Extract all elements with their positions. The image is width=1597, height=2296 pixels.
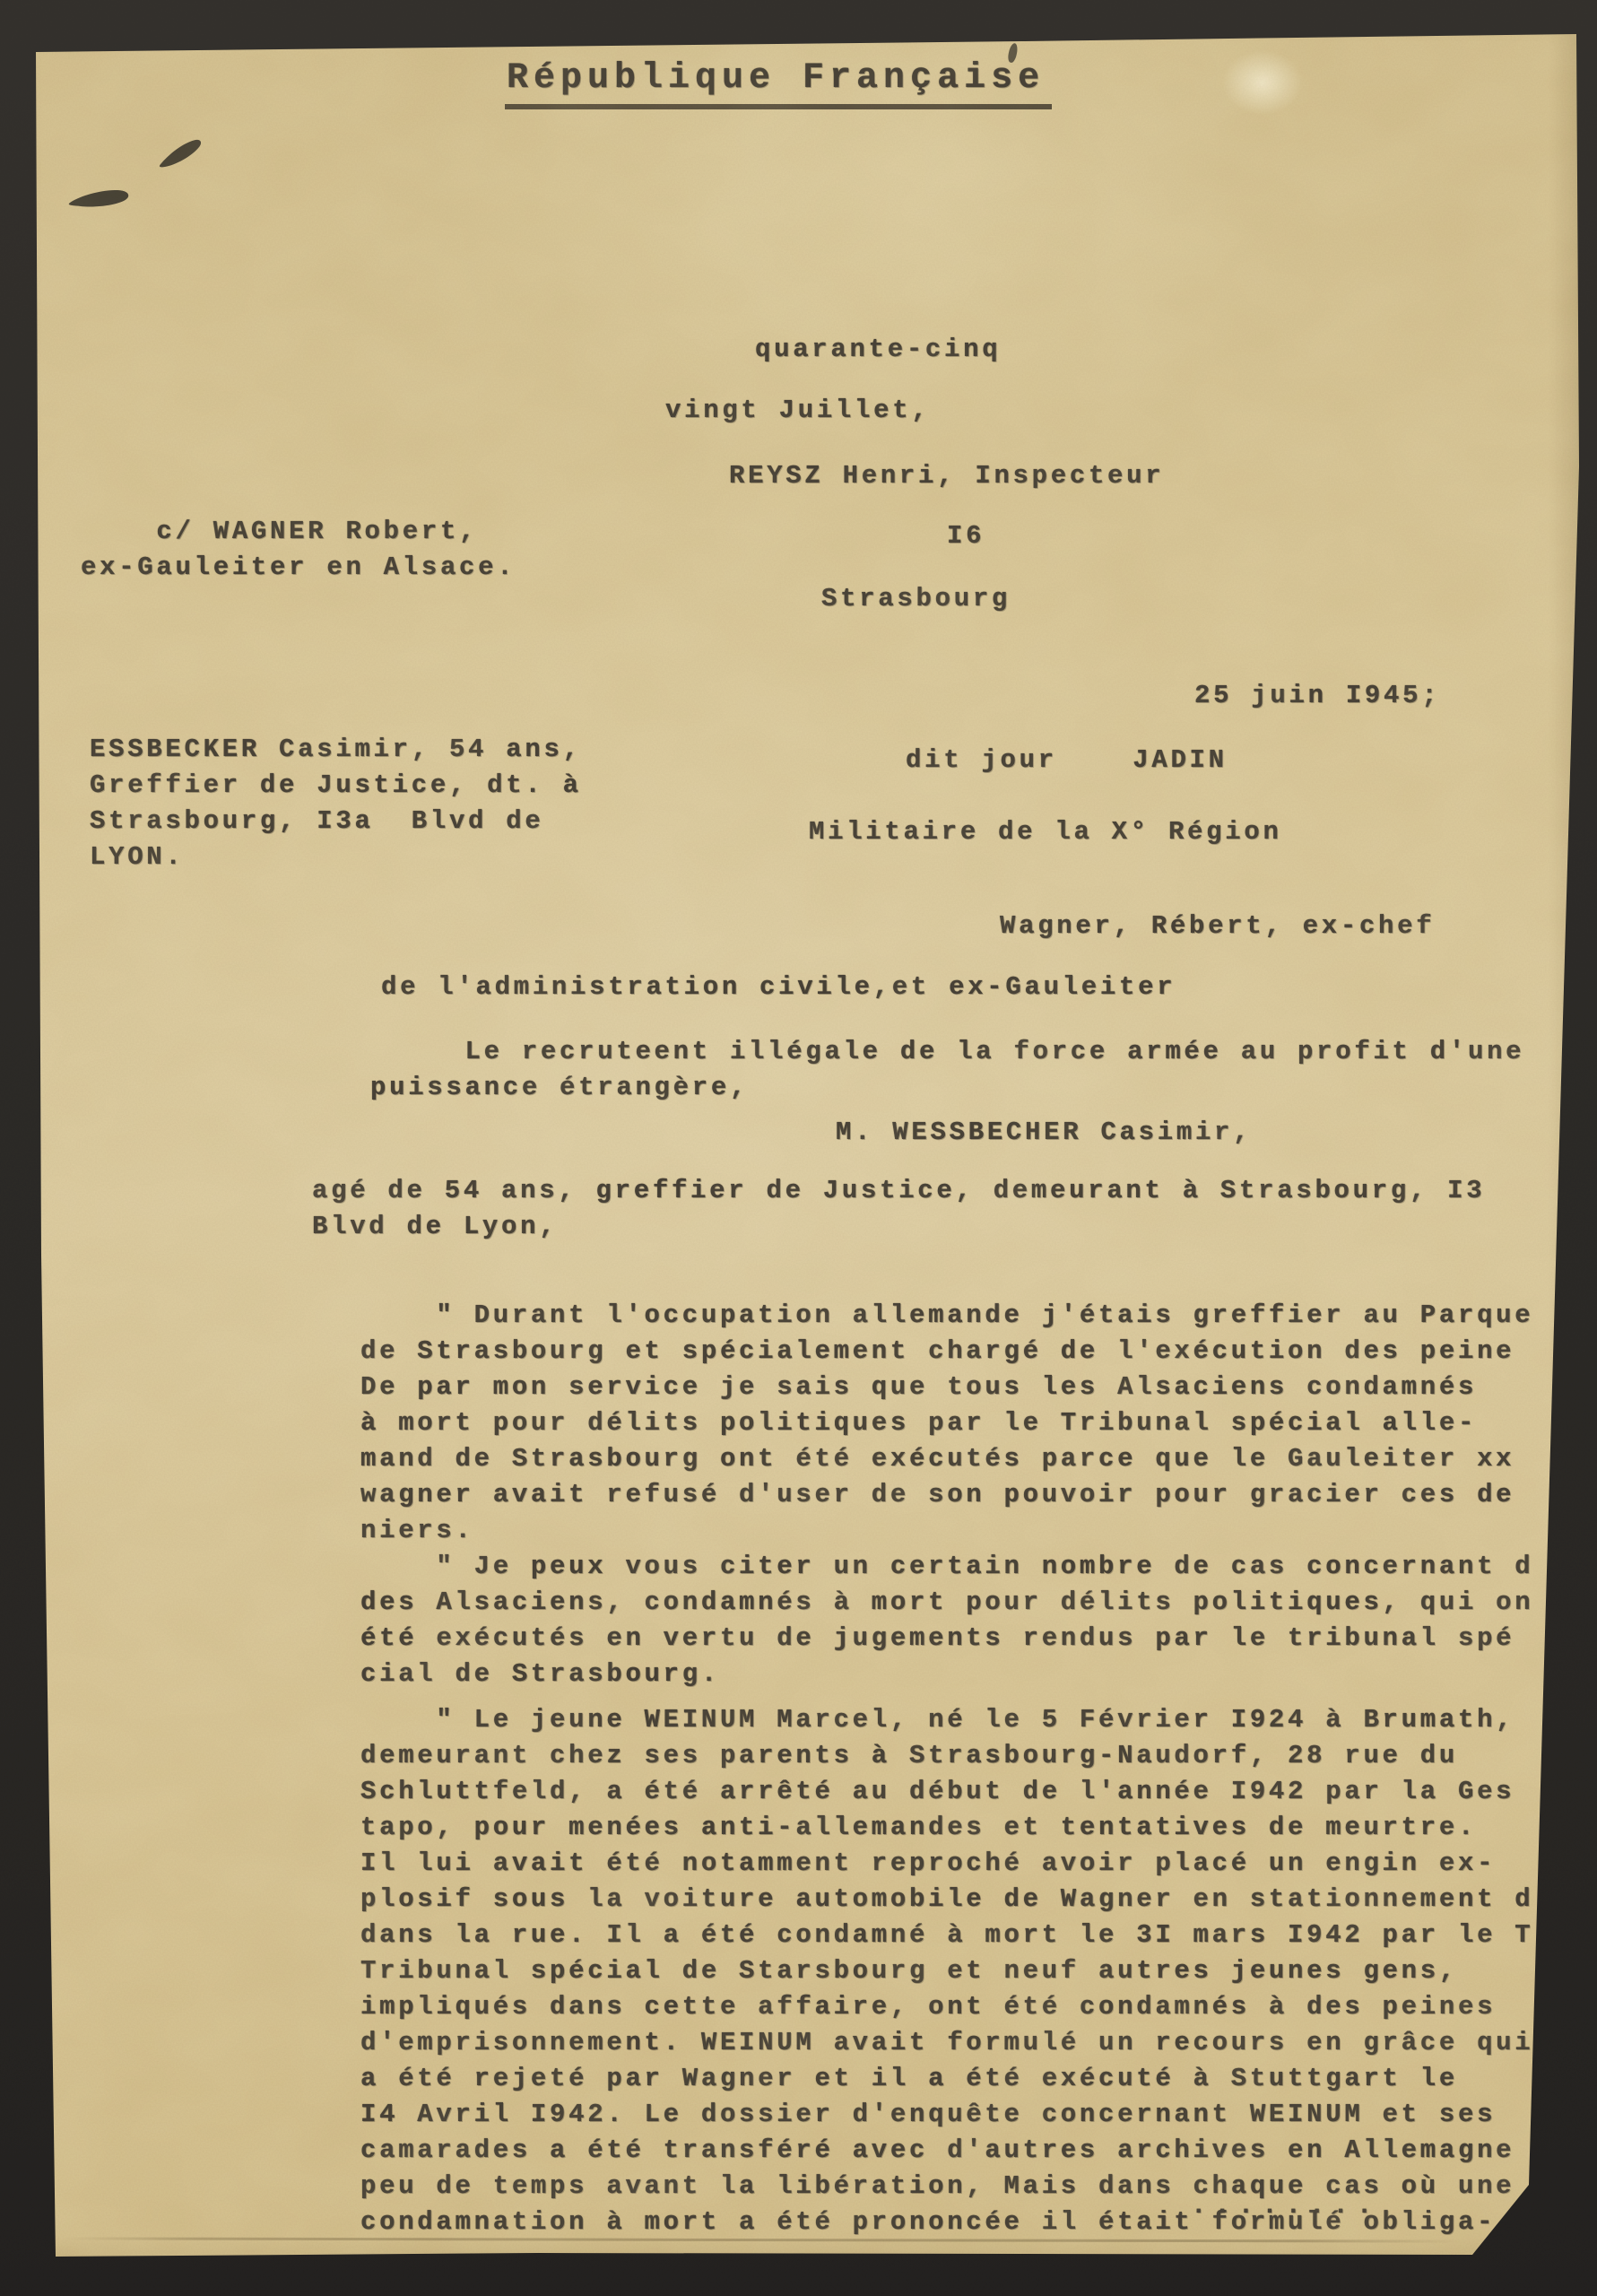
administration-line: de l'administration civile,et ex-Gauleit… (381, 970, 1176, 1005)
header-line-quarante: quarante-cinq (755, 332, 1001, 368)
witness-name-line: M. WESSBECHER Casimir, (836, 1115, 1252, 1151)
header-line-vingt: vingt Juillet, (665, 393, 930, 429)
militaire-region-line: Militaire de la X° Région (809, 814, 1282, 850)
testimony-paragraph-2: " Je peux vous citer un certain nombre d… (360, 1549, 1533, 1692)
wagner-ex-chef-line: Wagner, Rébert, ex-chef (1000, 909, 1435, 944)
header-number: I6 (947, 518, 985, 554)
witness-description: agé de 54 ans, greffier de Justice, deme… (312, 1173, 1485, 1245)
testimony-paragraph-3: " Le jeune WEINUM Marcel, né le 5 Févrie… (360, 1702, 1533, 2240)
document-date: 25 juin I945; (1194, 678, 1440, 714)
charge-statement: Le recruteent illégale de la force armée… (370, 1034, 1524, 1106)
header-inspector-line: REYSZ Henri, Inspecteur (729, 458, 1164, 494)
document-page: République Française quarante-cinq vingt… (0, 0, 1597, 2296)
margin-witness-reference: ESSBECKER Casimir, 54 ans, Greffier de J… (90, 732, 582, 875)
continuation-dots: ........ (1191, 2188, 1380, 2224)
header-city: Strasbourg (821, 581, 1011, 617)
handwritten-ink-mark (54, 117, 233, 224)
testimony-paragraph-1: " Durant l'occupation allemande j'étais … (360, 1298, 1533, 1549)
document-title: République Française (505, 57, 1052, 109)
margin-accused-reference: c/ WAGNER Robert, ex-Gauleiter en Alsace… (81, 514, 516, 586)
scan-background: République Française quarante-cinq vingt… (0, 0, 1597, 2296)
dit-jour-line: dit jour JADIN (906, 743, 1228, 778)
